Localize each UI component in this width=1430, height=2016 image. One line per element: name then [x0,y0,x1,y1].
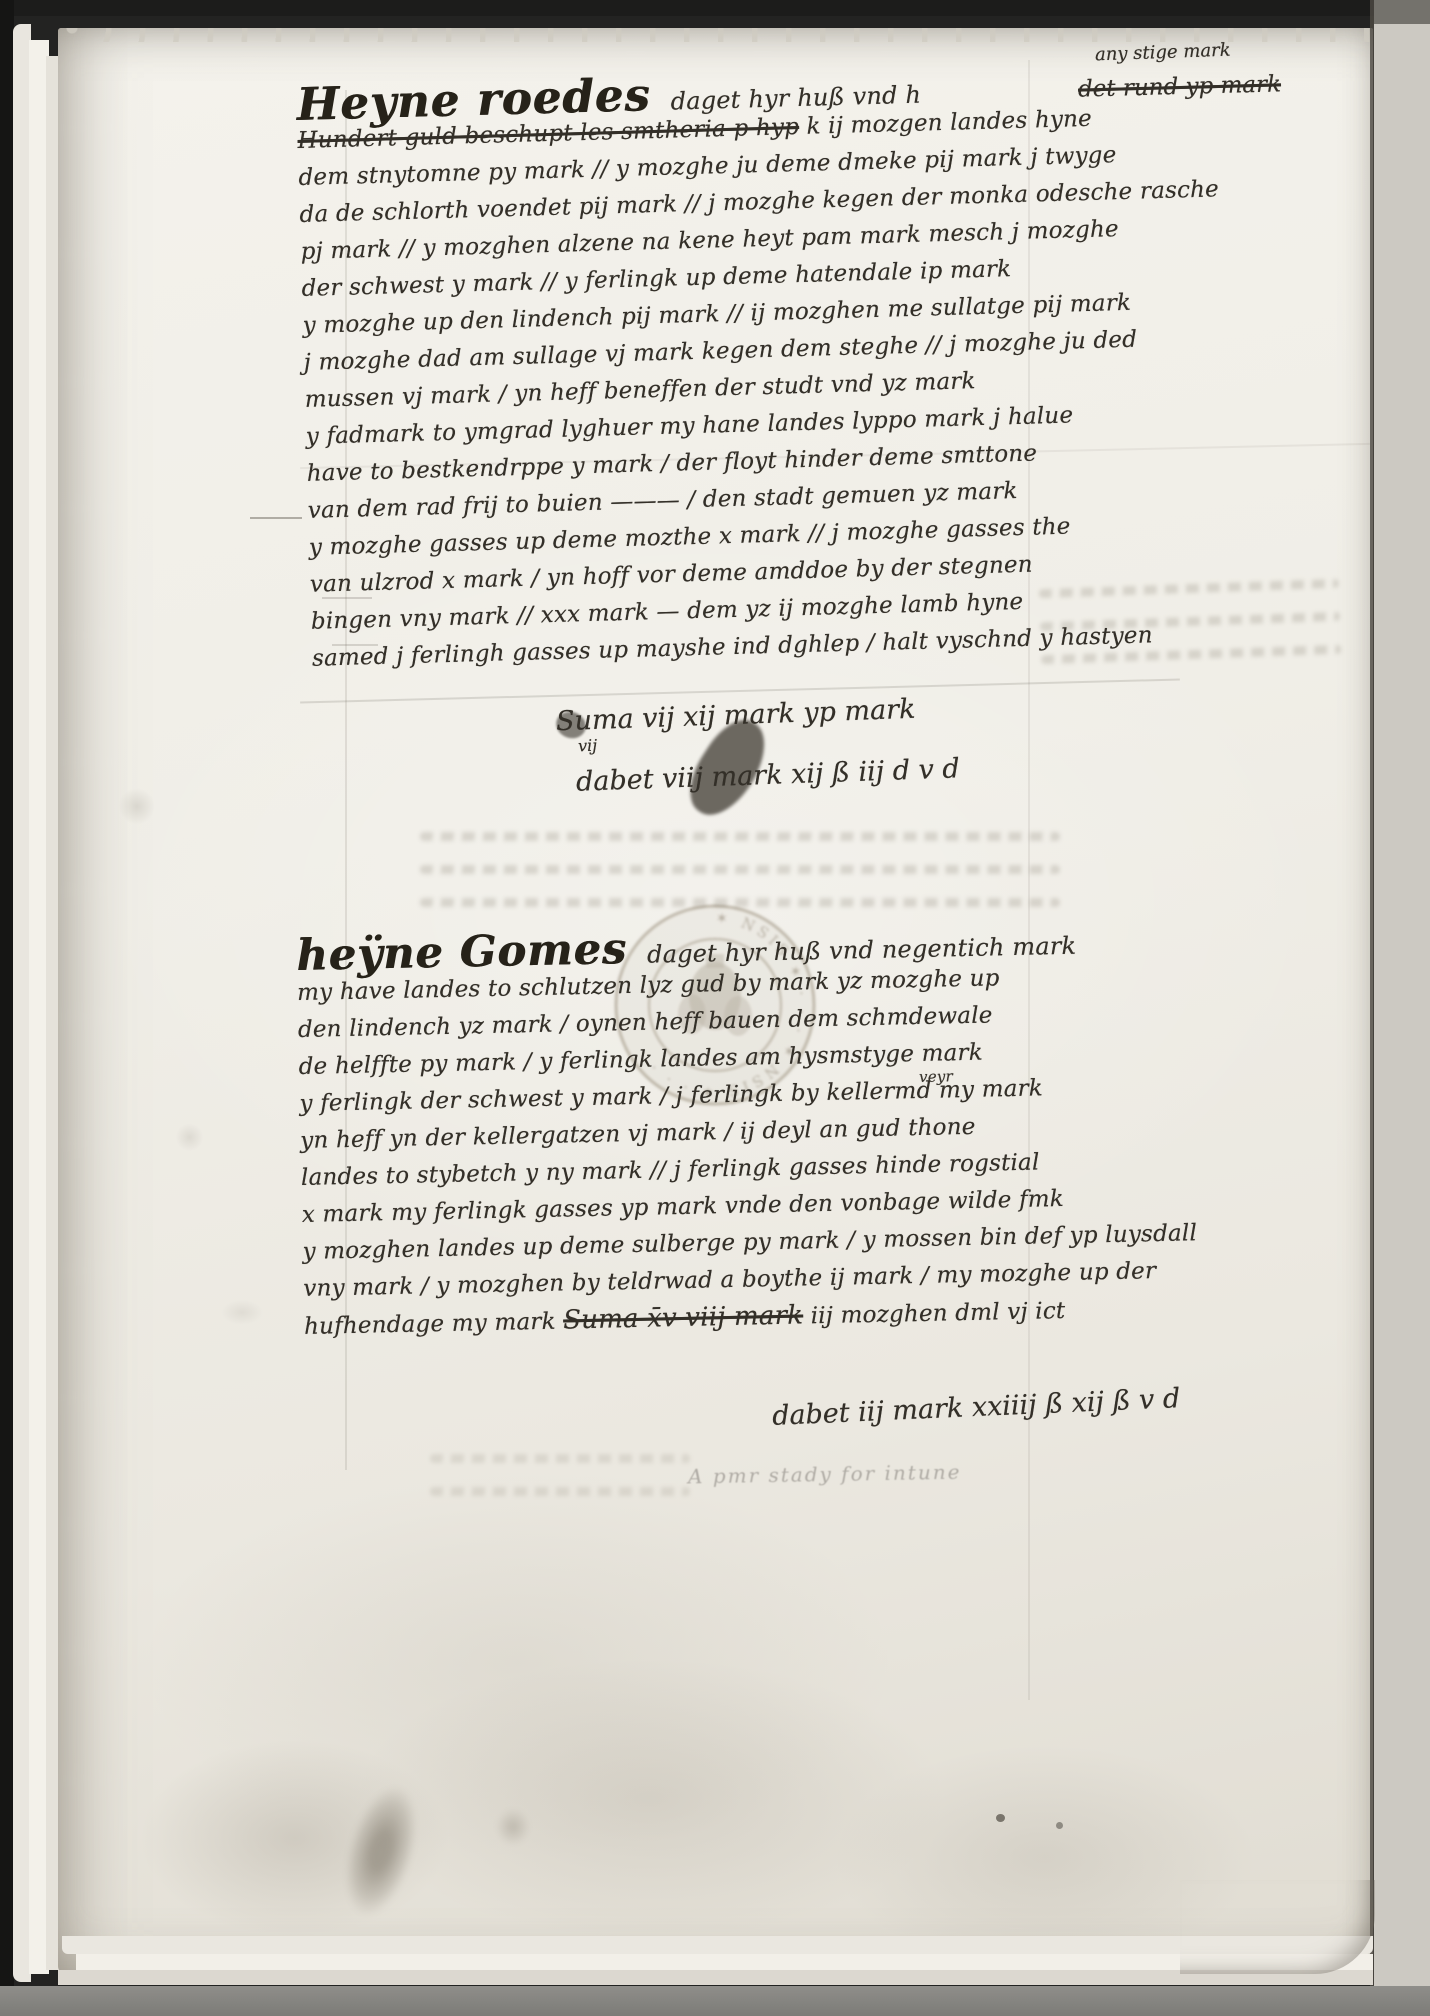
under-page-edge-bottom-2 [76,1954,1373,1970]
scan-backdrop-left [0,0,14,2016]
under-page-edge-bottom-1 [62,1936,1373,1954]
pencil-note: A pmr stady for intune [688,1460,962,1489]
deckle-top-edge [60,28,1373,42]
entry-2-superscript-note: veyr [919,1058,954,1096]
page-edge-line [1370,0,1374,2016]
scan-backdrop-top [0,0,1430,16]
manuscript-scan: ✶ NSIS ✶ · · · ✶ NSIS ✶ · · · Heyne roed… [0,0,1430,2016]
margin-dash-1 [250,517,302,519]
bottom-stain-small [490,1802,536,1852]
scan-backdrop-bottom [0,1986,1430,2016]
under-page-edge-bottom-3 [58,1970,1373,1985]
bottom-right-corner-curl [1180,1880,1375,1974]
entry-2: heÿne Gomes daget hyr huß vnd negentich … [296,920,1184,1345]
under-page-edge-right [1374,0,1430,2016]
ink-speck [1056,1822,1063,1829]
entry-1-dabet-superscript: vij [578,736,598,756]
summa-label: Suma [556,704,635,738]
struck-interlinear-phrase: det rund yp mark [1078,71,1282,102]
entry-1: Heyne roedes daget hyr huß vnd h Hundert… [296,64,1092,678]
under-page-edge-right-top [1374,0,1430,24]
verso-bleedthrough-3 [430,1430,690,1520]
ink-speck [996,1814,1005,1822]
